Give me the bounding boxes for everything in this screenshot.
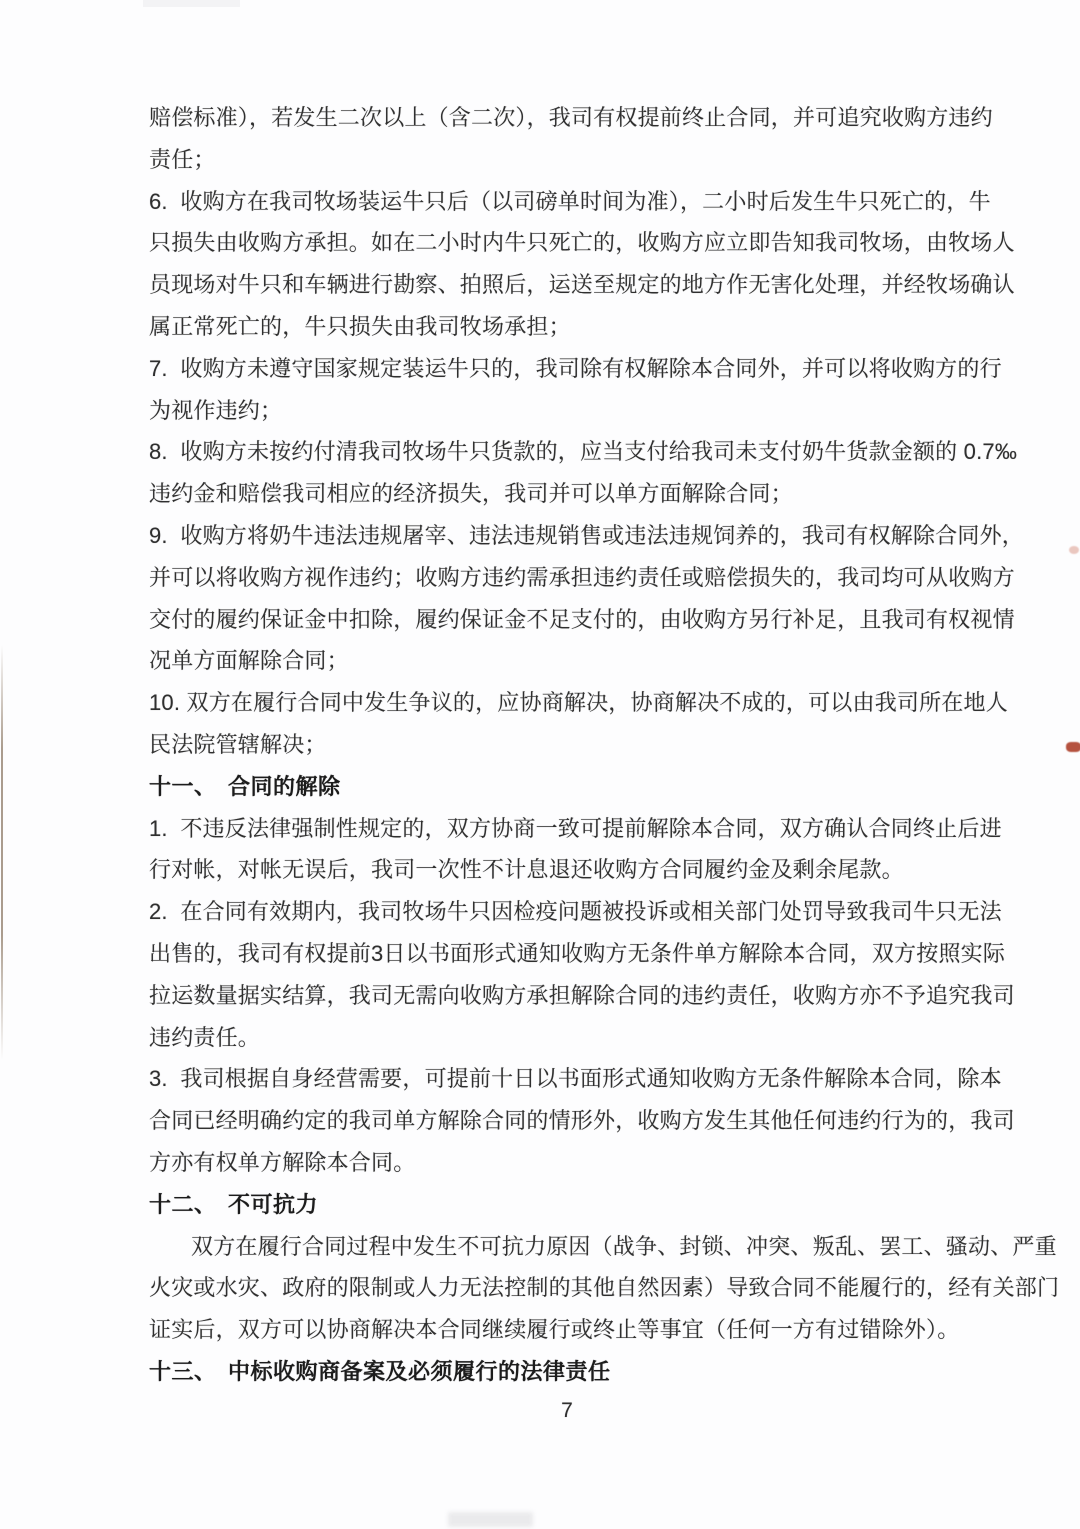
text-line: 出售的，我司有权提前3日以书面形式通知收购方无条件单方解除本合同，双方按照实际 xyxy=(149,933,985,975)
text-line: 火灾或水灾、政府的限制或人力无法控制的其他自然因素）导致合同不能履行的，经有关部… xyxy=(149,1267,985,1309)
text-line: 证实后，双方可以协商解决本合同继续履行或终止等事宜（任何一方有过错除外）。 xyxy=(149,1309,985,1351)
text-line: 3. 我司根据自身经营需要，可提前十日以书面形式通知收购方无条件解除本合同，除本 xyxy=(149,1058,985,1100)
scan-smudge-bottom xyxy=(448,1512,533,1527)
text-line: 并可以将收购方视作违约；收购方违约需承担违约责任或赔偿损失的，我司均可从收购方 xyxy=(149,557,985,599)
text-line: 10. 双方在履行合同中发生争议的，应协商解决，协商解决不成的，可以由我司所在地… xyxy=(149,682,985,724)
text-line: 8. 收购方未按约付清我司牧场牛只货款的，应当支付给我司未支付奶牛货款金额的 0… xyxy=(149,431,985,473)
text-line: 交付的履约保证金中扣除，履约保证金不足支付的，由收购方另行补足，且我司有权视情 xyxy=(149,599,985,641)
text-line: 双方在履行合同过程中发生不可抗力原因（战争、封锁、冲突、叛乱、罢工、骚动、严重 xyxy=(149,1226,985,1268)
page-number: 7 xyxy=(149,1397,985,1425)
text-line: 赔偿标准），若发生二次以上（含二次），我司有权提前终止合同，并可追究收购方违约 xyxy=(149,97,985,139)
text-line: 1. 不违反法律强制性规定的，双方协商一致可提前解除本合同，双方确认合同终止后进 xyxy=(149,808,985,850)
text-line: 拉运数量据实结算，我司无需向收购方承担解除合同的违约责任，收购方亦不予追究我司 xyxy=(149,975,985,1017)
text-line: 6. 收购方在我司牧场装运牛只后（以司磅单时间为准），二小时后发生牛只死亡的，牛 xyxy=(149,181,985,223)
scanned-contract-page: 赔偿标准），若发生二次以上（含二次），我司有权提前终止合同，并可追究收购方违约责… xyxy=(0,0,1080,1529)
scan-mark-right-red-dash xyxy=(1066,742,1080,752)
text-line: 7. 收购方未遵守国家规定装运牛只的，我司除有权解除本合同外，并可以将收购方的行 xyxy=(149,348,985,390)
scan-artifact-left-edge-line xyxy=(1,645,3,1060)
text-line: 合同已经明确约定的我司单方解除合同的情形外，收购方发生其他任何违约行为的，我司 xyxy=(149,1100,985,1142)
text-line: 属正常死亡的，牛只损失由我司牧场承担； xyxy=(149,306,985,348)
text-line: 违约金和赔偿我司相应的经济损失，我司并可以单方面解除合同； xyxy=(149,473,985,515)
text-line: 况单方面解除合同； xyxy=(149,640,985,682)
text-line: 2. 在合同有效期内，我司牧场牛只因检疫问题被投诉或相关部门处罚导致我司牛只无法 xyxy=(149,891,985,933)
text-line: 9. 收购方将奶牛违法违规屠宰、违法违规销售或违法违规饲养的，我司有权解除合同外… xyxy=(149,515,985,557)
text-line: 员现场对牛只和车辆进行勘察、拍照后，运送至规定的地方作无害化处理，并经牧场确认 xyxy=(149,264,985,306)
scan-smudge-top xyxy=(143,0,240,7)
text-line: 只损失由收购方承担。如在二小时内牛只死亡的，收购方应立即告知我司牧场，由牧场人 xyxy=(149,222,985,264)
text-line: 民法院管辖解决； xyxy=(149,724,985,766)
scan-mark-right-pink xyxy=(1069,546,1079,554)
document-body: 赔偿标准），若发生二次以上（含二次），我司有权提前终止合同，并可追究收购方违约责… xyxy=(149,97,985,1425)
text-line: 行对帐，对帐无误后，我司一次性不计息退还收购方合同履约金及剩余尾款。 xyxy=(149,849,985,891)
text-line: 方亦有权单方解除本合同。 xyxy=(149,1142,985,1184)
text-line: 责任； xyxy=(149,139,985,181)
section-heading: 十三、 中标收购商备案及必须履行的法律责任 xyxy=(149,1351,985,1393)
text-line: 为视作违约； xyxy=(149,390,985,432)
section-heading: 十一、 合同的解除 xyxy=(149,766,985,808)
text-line: 违约责任。 xyxy=(149,1017,985,1059)
section-heading: 十二、 不可抗力 xyxy=(149,1184,985,1226)
